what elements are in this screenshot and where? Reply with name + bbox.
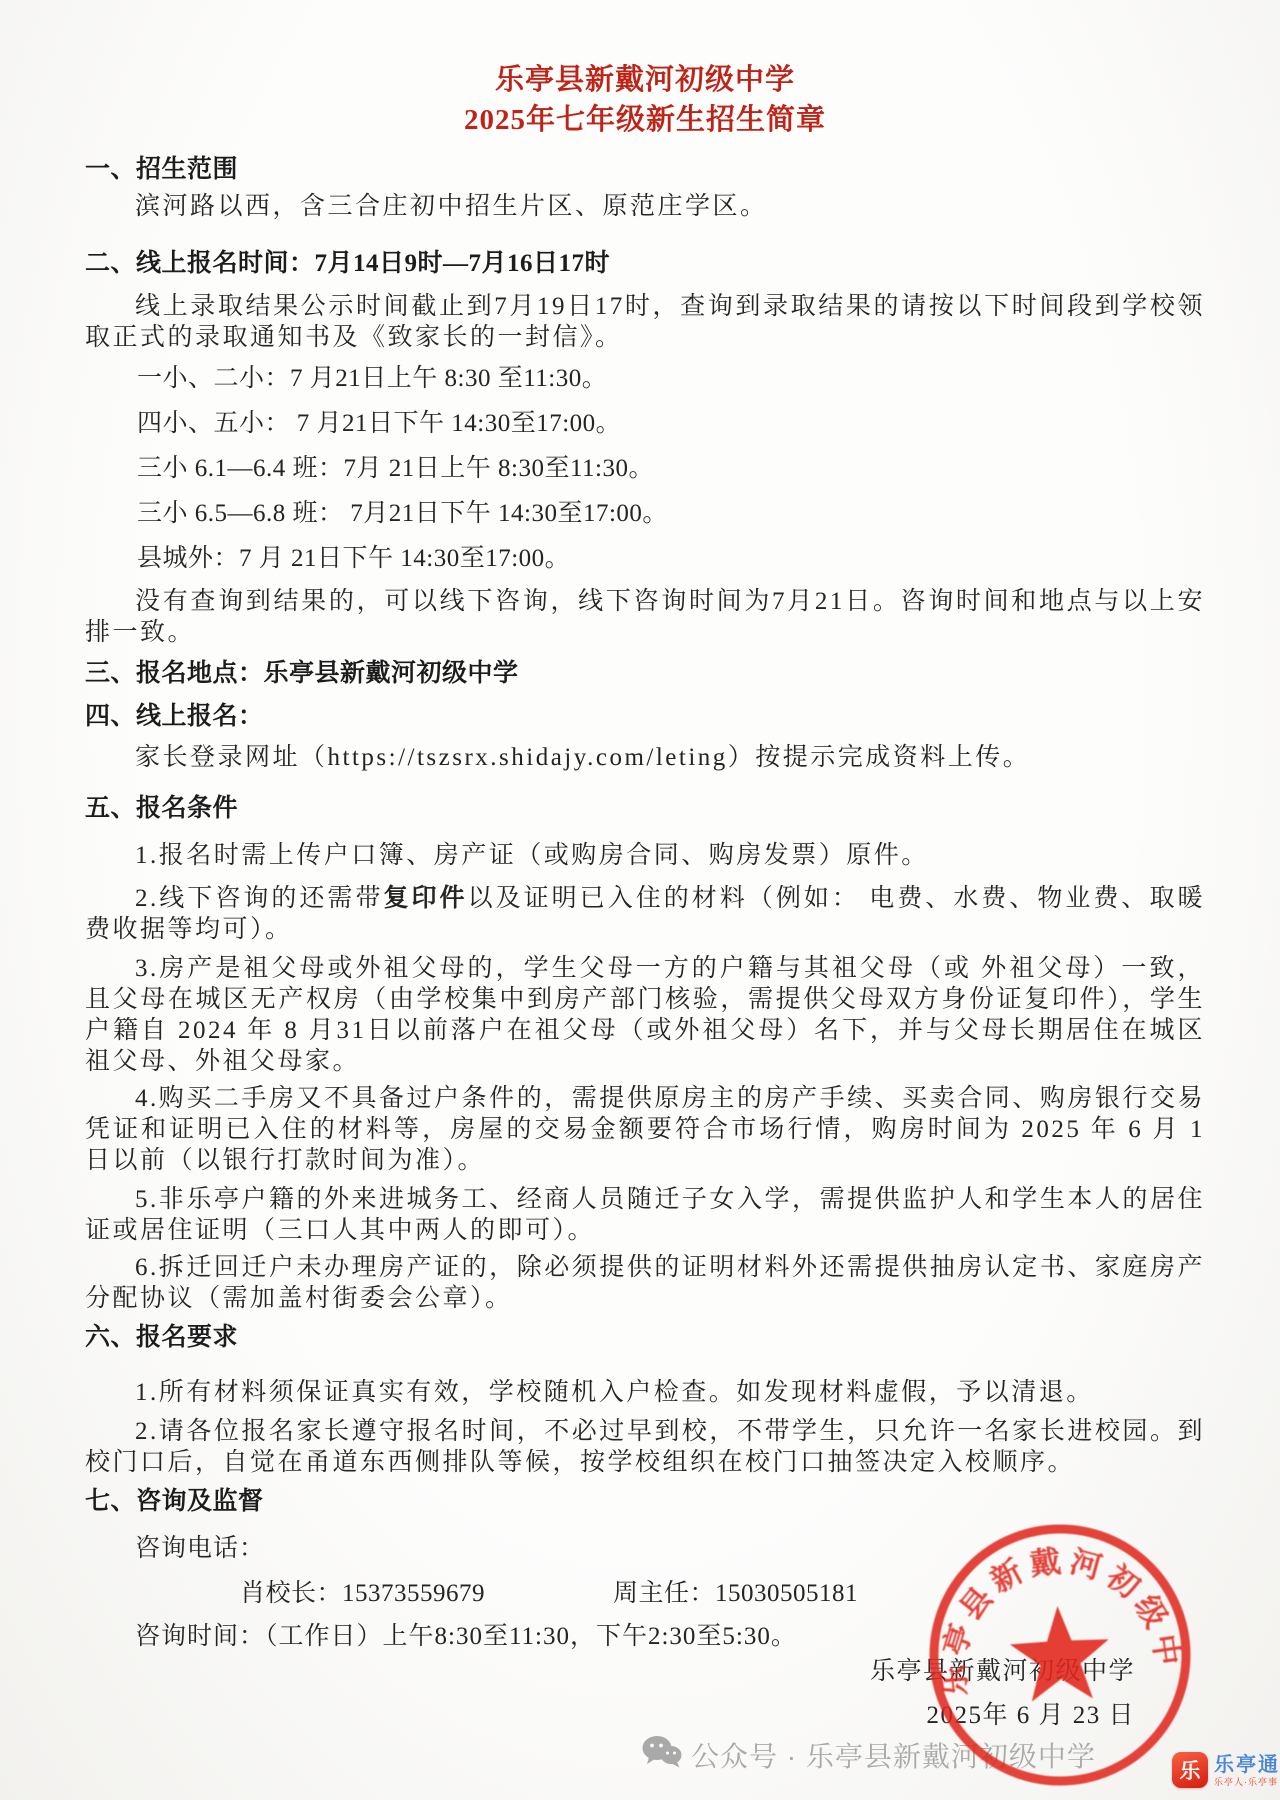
- leting-tong-logo: 乐 乐亭通 乐亭人·乐亭事: [1172, 1752, 1280, 1788]
- section-1-paragraph: 滨河路以西，含三合庄初中招生片区、原范庄学区。: [85, 191, 1205, 222]
- school-seal: 乐亭县新戴河初级中学: [913, 1503, 1208, 1800]
- principal-phone: 肖校长：15373559679: [240, 1578, 485, 1609]
- section-5-heading: 五、报名条件: [85, 793, 1205, 824]
- schedule-item-2: 四小、五小： 7 月21日下午 14:30至17:00。: [137, 408, 1205, 439]
- schedule-item-3: 三小 6.1—6.4 班：7月 21日上午 8:30至11:30。: [137, 453, 1205, 484]
- section-5-item-2: 2.线下咨询的还需带复印件以及证明已入住的材料（例如： 电费、水费、物业费、取暖…: [85, 883, 1205, 945]
- section-6-item-2: 2.请各位报名家长遵守报名时间，不必过早到校，不带学生，只允许一名家长进校园。到…: [85, 1416, 1205, 1478]
- doc-title-line1: 乐亭县新戴河初级中学: [85, 62, 1205, 98]
- item-2-bold-copy: 复印件: [383, 885, 467, 912]
- section-2-paragraph-offline: 没有查询到结果的，可以线下咨询，线下咨询时间为7月21日。咨询时间和地点与以上安…: [85, 586, 1205, 648]
- director-phone: 周主任：15030505181: [613, 1578, 858, 1609]
- section-5-item-3: 3.房产是祖父母或外祖父母的，学生父母一方的户籍与其祖父母（或 外祖父母）一致，…: [85, 953, 1205, 1077]
- section-5-item-4: 4.购买二手房又不具备过户条件的，需提供原房主的房产手续、买卖合同、购房银行交易…: [85, 1083, 1205, 1176]
- schedule-item-4: 三小 6.5—6.8 班： 7月21日下午 14:30至17:00。: [137, 498, 1205, 529]
- section-5-item-5: 5.非乐亭户籍的外来进城务工、经商人员随迁子女入学，需提供监护人和学生本人的居住…: [85, 1184, 1205, 1246]
- leting-tong-text: 乐亭通 乐亭人·乐亭事: [1214, 1752, 1280, 1787]
- section-5-item-1: 1.报名时需上传户口簿、房产证（或购房合同、购房发票）原件。: [85, 840, 1205, 871]
- section-5-item-6: 6.拆迁回迁户未办理房产证的，除必须提供的证明材料外还需提供抽房认定书、家庭房产…: [85, 1252, 1205, 1314]
- section-4-url-paragraph: 家长登录网址（https://tszsrx.shidajy.com/leting…: [85, 742, 1205, 773]
- document-content: 乐亭县新戴河初级中学 2025年七年级新生招生简章 一、招生范围 滨河路以西，含…: [0, 0, 1280, 1731]
- document-page: 乐亭县新戴河初级中学 2025年七年级新生招生简章 一、招生范围 滨河路以西，含…: [0, 0, 1280, 1800]
- section-2-heading: 二、线上报名时间：7月14日9时—7月16日17时: [85, 248, 1205, 279]
- seal-star-icon: [1008, 1603, 1112, 1702]
- item-2-prefix: 2.线下咨询的还需带: [135, 885, 383, 912]
- wechat-icon: [642, 1734, 682, 1775]
- pickup-schedule-list: 一小、二小：7 月21日上午 8:30 至11:30。 四小、五小： 7 月21…: [85, 363, 1205, 574]
- section-3-heading: 三、报名地点：乐亭县新戴河初级中学: [85, 658, 1205, 689]
- section-4-heading: 四、线上报名：: [85, 701, 1205, 732]
- leting-tong-title: 乐亭通: [1214, 1755, 1280, 1775]
- section-6-heading: 六、报名要求: [85, 1322, 1205, 1353]
- section-2-paragraph-notice: 线上录取结果公示时间截止到7月19日17时，查询到录取结果的请按以下时间段到学校…: [85, 291, 1205, 353]
- schedule-item-1: 一小、二小：7 月21日上午 8:30 至11:30。: [137, 363, 1205, 394]
- leting-tong-icon: 乐: [1172, 1752, 1208, 1788]
- school-seal-graphic: 乐亭县新戴河初级中学: [913, 1503, 1208, 1800]
- section-6-item-1: 1.所有材料须保证真实有效，学校随机入户检查。如发现材料虚假，予以清退。: [85, 1377, 1205, 1408]
- section-1-heading: 一、招生范围: [85, 154, 1205, 185]
- doc-title-line2: 2025年七年级新生招生简章: [85, 102, 1205, 138]
- leting-tong-tagline: 乐亭人·乐亭事: [1214, 1778, 1280, 1787]
- schedule-item-5: 县城外：7 月 21日下午 14:30至17:00。: [137, 543, 1205, 574]
